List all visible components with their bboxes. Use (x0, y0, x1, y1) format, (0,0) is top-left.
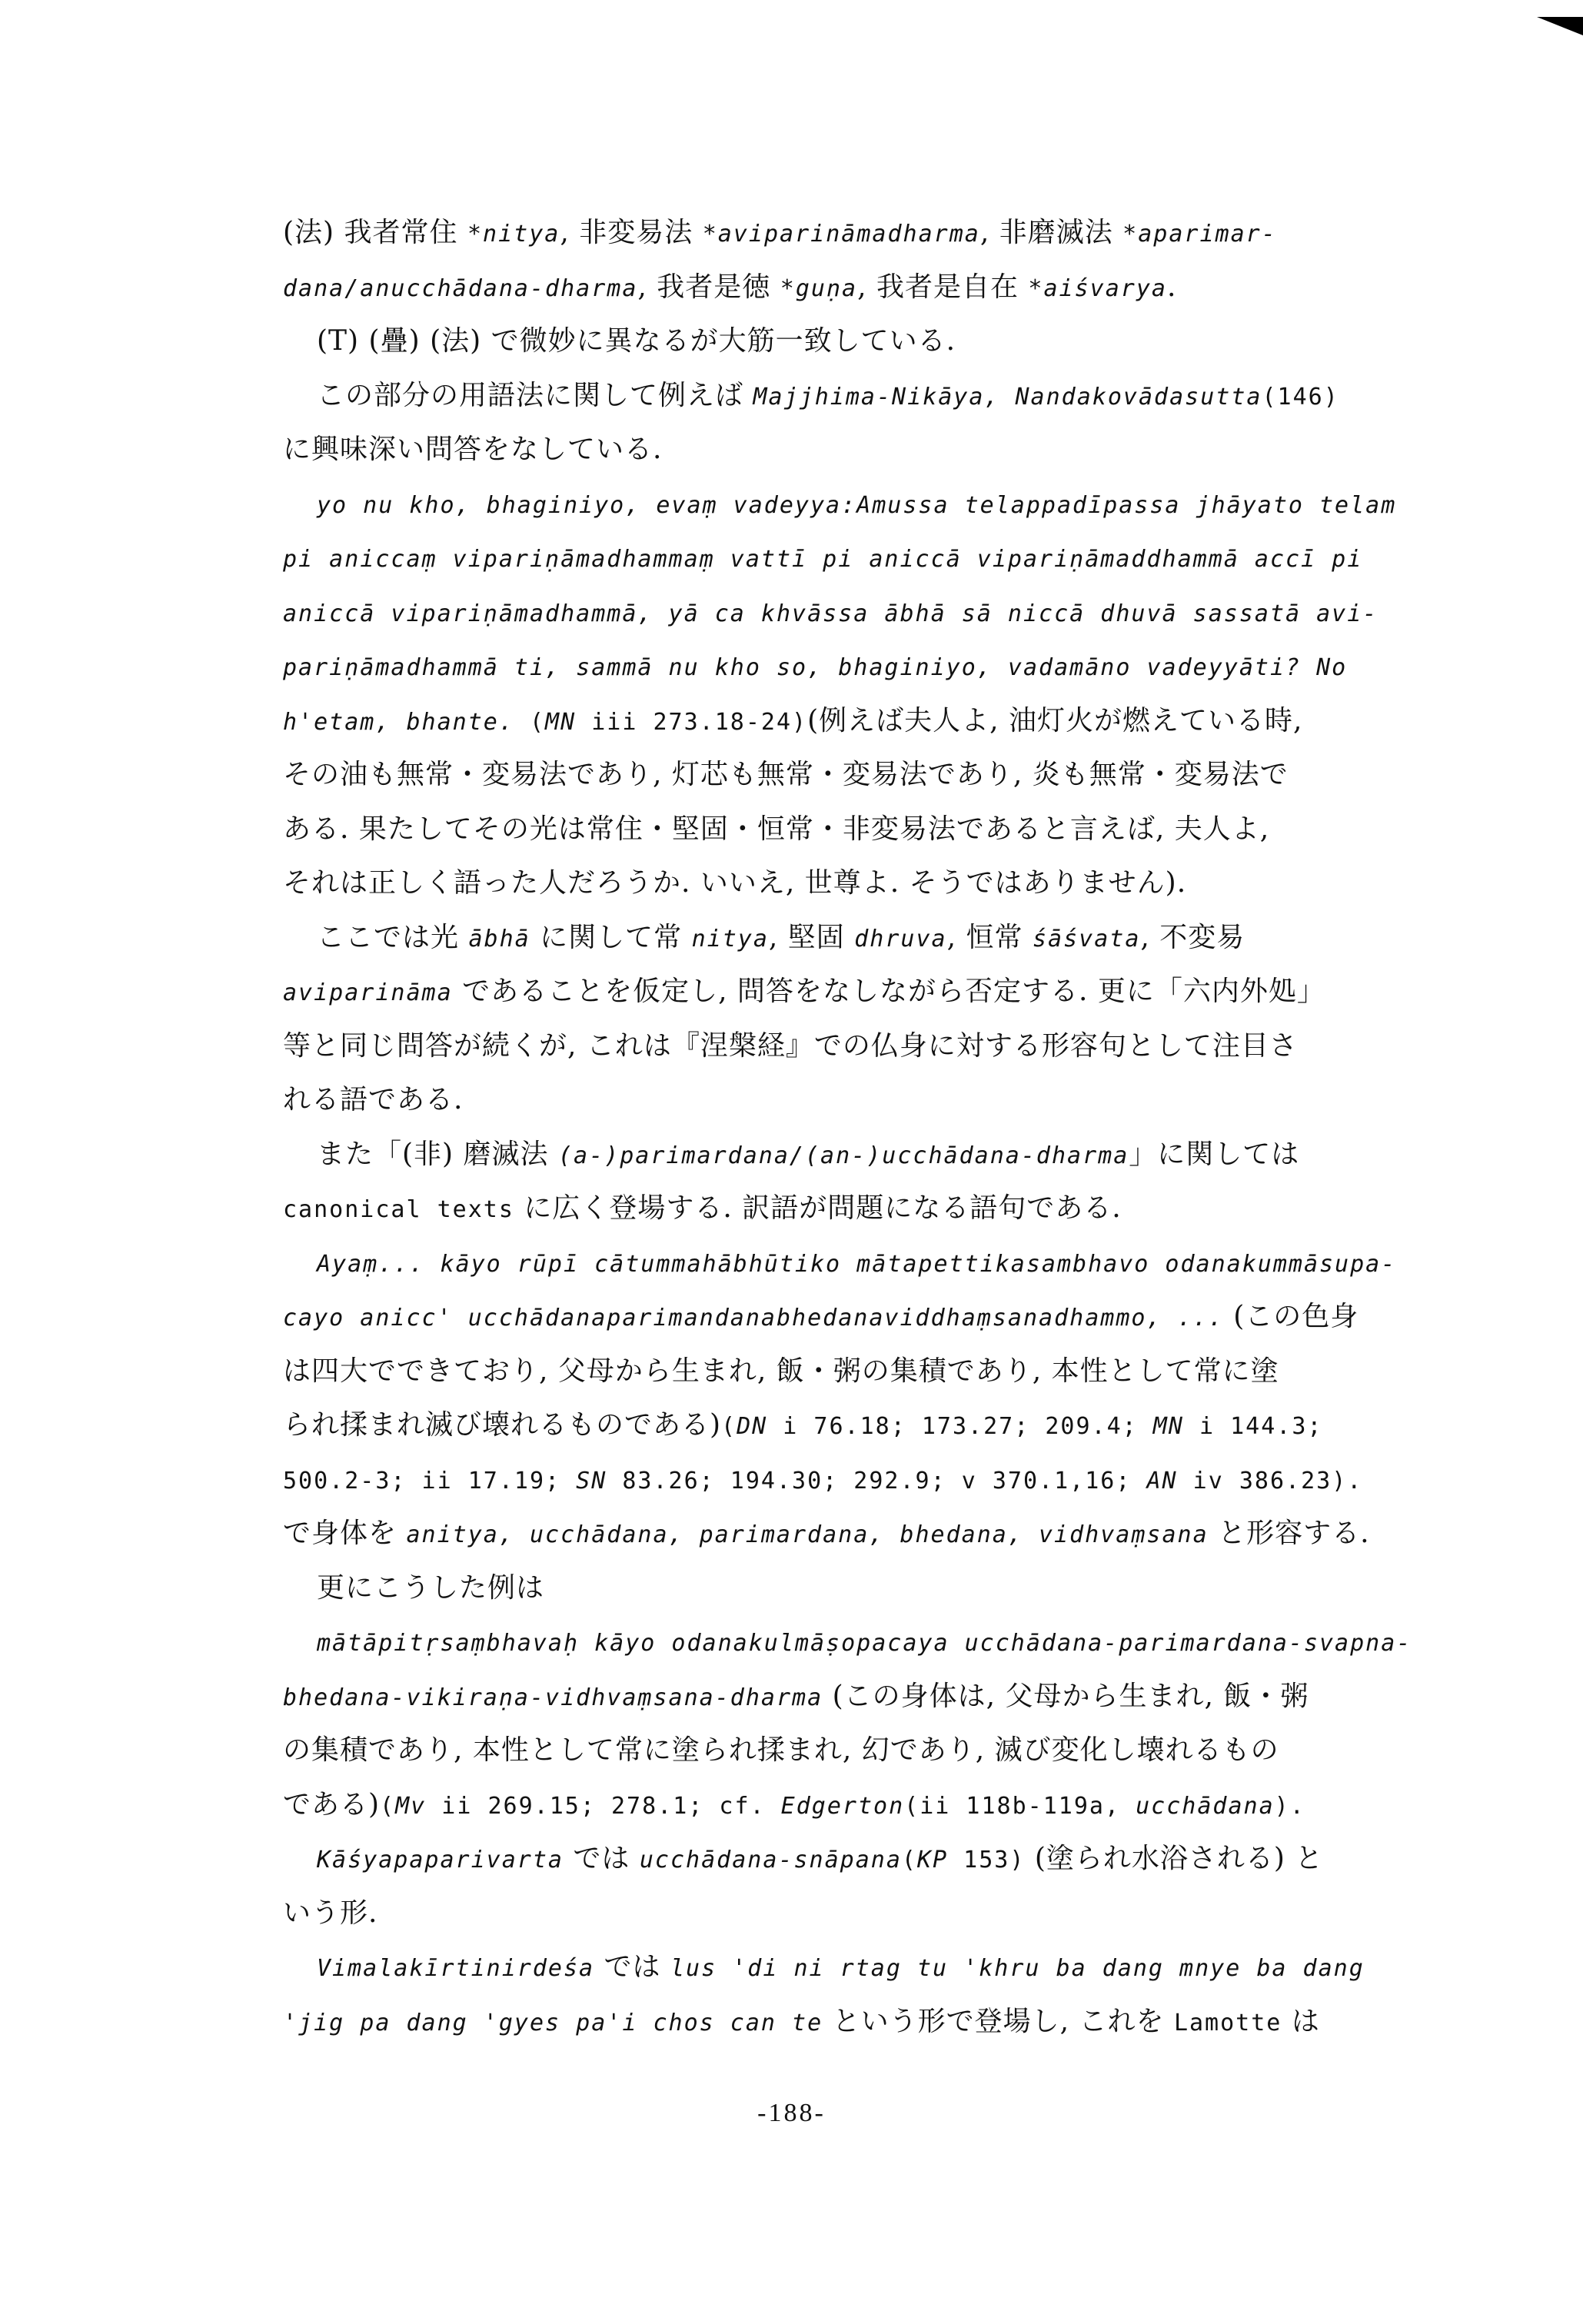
text-line: Vimalakīrtinirdeśa では lus 'di ni rtag tu… (283, 1940, 1505, 1995)
italic-term: anitya, ucchādana, parimardana, bhedana,… (406, 1521, 1208, 1548)
text-segment: ここでは光 (317, 922, 468, 953)
text-segment: , 堅固 (769, 922, 854, 953)
italic-term: Kāśyapaparivarta (317, 1847, 564, 1873)
italic-term: nitya (692, 926, 769, 953)
text-segment: (146) (1262, 384, 1339, 411)
text-line: canonical texts に広く登場する. 訳語が問題になる語句である. (283, 1182, 1505, 1236)
text-segment: いう形. (283, 1897, 377, 1929)
italic-term: AN (1146, 1468, 1177, 1494)
text-segment: に興味深い問答をなしている. (283, 434, 662, 465)
text-line: (T) (疊) (法) で微妙に異なるが大筋一致している. (283, 314, 1505, 369)
text-segment: , 恒常 (947, 922, 1033, 953)
text-line: ある. 果たしてその光は常住・堅固・恒常・非変易法であると言えば, 夫人よ, (283, 803, 1505, 857)
text-line: また「(非) 磨滅法 (a-)parimardana/(an-)ucchādan… (283, 1128, 1505, 1182)
italic-term: ucchādana (1136, 1793, 1275, 1820)
text-segment: 153) (948, 1847, 1025, 1873)
italic-term: 'jig pa dang 'gyes pa'i chos can te (283, 2010, 823, 2036)
text-segment: i 144.3; (1184, 1413, 1323, 1440)
text-line: yo nu kho, bhaginiyo, evaṃ vadeyya:Amuss… (283, 477, 1505, 532)
italic-term: h'etam, bhante. (283, 709, 530, 736)
text-segment: に広く登場する. 訳語が問題になる語句である. (514, 1192, 1122, 1224)
text-line: 等と同じ問答が続くが, これは『涅槃経』での仏身に対する形容句として注目さ (283, 1019, 1505, 1074)
italic-term: *guṇa (780, 275, 857, 302)
text-line: は四大でできており, 父母から生まれ, 飯・粥の集積であり, 本性として常に塗 (283, 1345, 1505, 1399)
text-segment: は (1282, 2006, 1319, 2037)
text-segment: ). (1275, 1793, 1305, 1820)
text-segment: ii 269.15; 278.1; cf. (426, 1793, 780, 1820)
page-number: -188- (0, 2099, 1583, 2128)
text-segment: それは正しく語った人だろうか. いいえ, 世尊よ. そうではありません). (283, 867, 1186, 899)
text-segment: , 非変易法 (560, 217, 702, 248)
text-segment: この部分の用語法に関して例えば (317, 380, 753, 411)
text-segment: 83.26; 194.30; 292.9; v 370.1,16; (607, 1468, 1146, 1494)
italic-term: *aiśvarya (1028, 275, 1167, 302)
italic-term: KP (917, 1847, 948, 1873)
text-segment: (法) 我者常住 (283, 217, 467, 248)
text-segment: 」に関しては (1129, 1139, 1299, 1170)
document-body: (法) 我者常住 *nitya, 非変易法 *aviparināmadharma… (283, 206, 1505, 2049)
text-line: 更にこうした例は (283, 1561, 1505, 1616)
italic-term: MN (545, 709, 576, 736)
text-line: Ayaṃ... kāyo rūpī cātummahābhūtiko mātap… (283, 1236, 1505, 1291)
text-segment: (ii 118b-119a, (904, 1793, 1136, 1820)
italic-term: MN (1153, 1413, 1184, 1440)
italic-term: ābhā (468, 926, 530, 953)
text-line: れる語である. (283, 1073, 1505, 1128)
scan-corner-mark (1537, 17, 1583, 35)
text-segment: で身体を (283, 1518, 406, 1549)
text-line: 500.2-3; ii 17.19; SN 83.26; 194.30; 292… (283, 1453, 1505, 1508)
italic-term: dana/anucchādana-dharma (283, 275, 637, 302)
text-line: pi aniccaṃ vipariṇāmadhammaṃ vattī pi an… (283, 531, 1505, 586)
text-line: いう形. (283, 1887, 1505, 1941)
text-segment: Lamotte (1174, 2010, 1282, 2036)
text-segment: という形で登場し, これを (823, 2006, 1174, 2037)
text-segment: れる語である. (283, 1084, 463, 1115)
text-segment: , 我者是自在 (857, 271, 1028, 303)
italic-term: dhruva (854, 926, 946, 953)
text-segment: canonical texts (283, 1196, 514, 1223)
text-line: dana/anucchādana-dharma, 我者是徳 *guṇa, 我者是… (283, 261, 1505, 315)
italic-term: ucchādana-snāpana (640, 1847, 902, 1873)
text-segment: また「(非) 磨滅法 (317, 1139, 558, 1170)
italic-term: DN (737, 1413, 767, 1440)
text-segment: に関して常 (530, 922, 692, 953)
text-line: に興味深い問答をなしている. (283, 423, 1505, 477)
text-line: aviparināma であることを仮定し, 問答をなしながら否定する. 更に「… (283, 965, 1505, 1019)
italic-term: Majjhima-Nikāya, Nandakovādasutta (753, 384, 1262, 411)
text-line: この部分の用語法に関して例えば Majjhima-Nikāya, Nandako… (283, 369, 1505, 424)
text-segment: iii 273.18-24) (576, 709, 807, 736)
text-segment: と形容する. (1209, 1518, 1370, 1549)
text-line: h'etam, bhante. (MN iii 273.18-24)(例えば夫人… (283, 694, 1505, 749)
text-segment: では (564, 1843, 640, 1874)
italic-term: *aviparināmadharma (703, 221, 980, 248)
italic-term: yo nu kho, bhaginiyo, evaṃ vadeyya:Amuss… (317, 492, 1396, 519)
italic-term: śāśvata (1033, 926, 1140, 953)
text-line: cayo anicc' ucchādanaparimandanabhedanav… (283, 1290, 1505, 1345)
italic-term: SN (576, 1468, 607, 1494)
text-segment: i 76.18; 173.27; 209.4; (767, 1413, 1153, 1440)
text-segment: 等と同じ問答が続くが, これは『涅槃経』での仏身に対する形容句として注目さ (283, 1030, 1298, 1062)
text-line: Kāśyapaparivarta では ucchādana-snāpana(KP… (283, 1832, 1505, 1887)
text-segment: は四大でできており, 父母から生まれ, 飯・粥の集積であり, 本性として常に塗 (283, 1355, 1279, 1387)
italic-term: aniccā vipariṇāmadhammā, yā ca khvāssa ā… (283, 600, 1378, 627)
text-segment: (この身体は, 父母から生まれ, 飯・粥 (823, 1681, 1309, 1712)
text-segment: ( (380, 1793, 395, 1820)
text-line: bhedana-vikiraṇa-vidhvaṃsana-dharma (この身… (283, 1670, 1505, 1724)
text-segment: . (1167, 271, 1176, 303)
text-segment: ( (721, 1413, 737, 1440)
italic-term: *nitya (467, 221, 560, 248)
italic-term: mātāpitṛsaṃbhavaḥ kāyo odanakulmāṣopacay… (317, 1630, 1412, 1657)
text-line: の集積であり, 本性として常に塗られ揉まれ, 幻であり, 滅び変化し壊れるもの (283, 1724, 1505, 1778)
text-line: その油も無常・変易法であり, 灯芯も無常・変易法であり, 炎も無常・変易法で (283, 748, 1505, 803)
text-line: (法) 我者常住 *nitya, 非変易法 *aviparināmadharma… (283, 206, 1505, 261)
text-line: それは正しく語った人だろうか. いいえ, 世尊よ. そうではありません). (283, 856, 1505, 911)
italic-term: *aparimar- (1122, 221, 1277, 248)
italic-term: pariṇāmadhammā ti, sammā nu kho so, bhag… (283, 654, 1347, 681)
text-segment: であることを仮定し, 問答をなしながら否定する. 更に「六内外処」 (453, 976, 1325, 1007)
text-segment: , 我者是徳 (637, 271, 780, 303)
text-line: られ揉まれ滅び壊れるものである)(DN i 76.18; 173.27; 209… (283, 1398, 1505, 1453)
italic-term: Ayaṃ... kāyo rūpī cātummahābhūtiko mātap… (317, 1251, 1396, 1278)
text-line: ここでは光 ābhā に関して常 nitya, 堅固 dhruva, 恒常 śā… (283, 911, 1505, 966)
text-segment: その油も無常・変易法であり, 灯芯も無常・変易法であり, 炎も無常・変易法で (283, 759, 1289, 790)
text-segment: , 非磨滅法 (980, 217, 1122, 248)
text-segment: では (594, 1951, 670, 1983)
text-line: mātāpitṛsaṃbhavaḥ kāyo odanakulmāṣopacay… (283, 1615, 1505, 1670)
text-line: aniccā vipariṇāmadhammā, yā ca khvāssa ā… (283, 586, 1505, 640)
text-line: pariṇāmadhammā ti, sammā nu kho so, bhag… (283, 640, 1505, 694)
text-line: である)(Mv ii 269.15; 278.1; cf. Edgerton(i… (283, 1778, 1505, 1833)
text-segment: ある. 果たしてその光は常住・堅固・恒常・非変易法であると言えば, 夫人よ, (283, 813, 1269, 845)
italic-term: (a-)parimardana/(an-)ucchādana-dharma (558, 1142, 1129, 1169)
text-segment: ( (902, 1847, 917, 1873)
text-segment: られ揉まれ滅び壊れるものである) (283, 1409, 721, 1441)
text-segment: の集積であり, 本性として常に塗られ揉まれ, 幻であり, 滅び変化し壊れるもの (283, 1734, 1279, 1766)
text-line: で身体を anitya, ucchādana, parimardana, bhe… (283, 1507, 1505, 1561)
text-segment: である) (283, 1789, 380, 1820)
text-line: 'jig pa dang 'gyes pa'i chos can te という形… (283, 1995, 1505, 2050)
italic-term: aviparināma (283, 979, 453, 1006)
italic-term: pi aniccaṃ vipariṇāmadhammaṃ vattī pi an… (283, 546, 1362, 573)
italic-term: cayo anicc' ucchādanaparimandanabhedanav… (283, 1305, 1224, 1332)
text-segment: iv 386.23). (1178, 1468, 1363, 1494)
italic-term: Mv (395, 1793, 426, 1820)
text-segment: (T) (疊) (法) で微妙に異なるが大筋一致している. (317, 325, 956, 357)
italic-term: Edgerton (781, 1793, 905, 1820)
text-segment: 500.2-3; ii 17.19; (283, 1468, 576, 1494)
text-segment: (この色身 (1224, 1301, 1359, 1332)
italic-term: bhedana-vikiraṇa-vidhvaṃsana-dharma (283, 1684, 823, 1711)
italic-term: Vimalakīrtinirdeśa (317, 1955, 594, 1982)
text-segment: (塗られ水浴される) と (1025, 1843, 1323, 1874)
text-segment: 更にこうした例は (317, 1572, 544, 1604)
text-segment: (例えば夫人よ, 油灯火が燃えている時, (807, 705, 1302, 736)
italic-term: lus 'di ni rtag tu 'khru ba dang mnye ba… (670, 1955, 1365, 1982)
text-segment: ( (530, 709, 545, 736)
text-segment: , 不変易 (1140, 922, 1245, 953)
